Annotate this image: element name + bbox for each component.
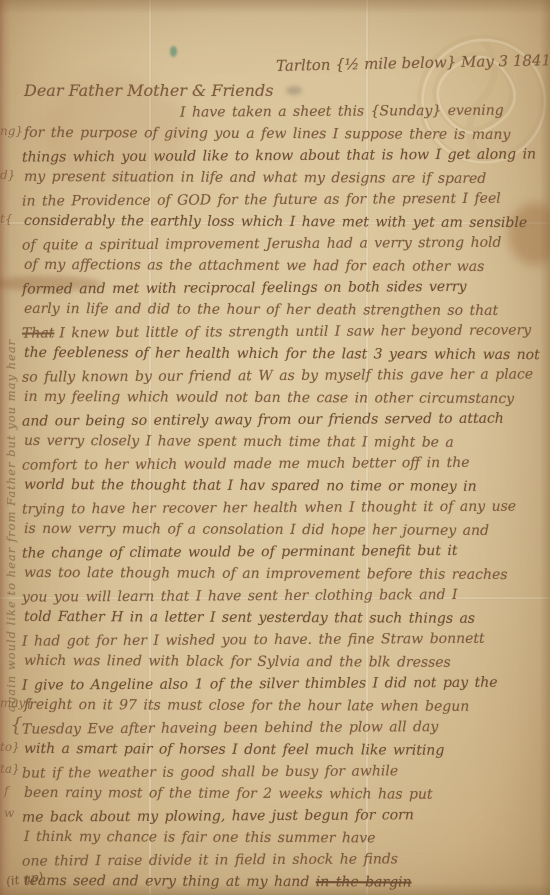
struck-phrase: in the bargin — [316, 874, 412, 890]
letter-line: freight on it 97 its must close for the … — [24, 694, 544, 718]
letter-line: I had got for her I wished you to have. … — [22, 627, 542, 652]
letter-line: things which you would like to know abou… — [22, 143, 542, 168]
letter-line: for the purpose of giving you a few line… — [24, 122, 544, 146]
letter-line: me back about my plowing, have just begu… — [22, 803, 542, 828]
letter-line: the feebleness of her health which for t… — [24, 342, 544, 366]
letter-line: I give to Angeline also 1 of the silver … — [22, 671, 542, 696]
letter-line: is now verry much of a consolation I did… — [24, 518, 544, 542]
letter-body: I have taken a sheet this {Sunday} eveni… — [22, 101, 542, 893]
margin-brace: { — [10, 712, 23, 736]
margin-fragment: w — [4, 806, 14, 820]
struck-word: That — [22, 325, 54, 341]
letter-line: but if the weather is good shall be busy… — [22, 759, 542, 784]
letter-line: us verry closely I have spent much time … — [24, 430, 544, 454]
letter-line: of my affections as the attachment we ha… — [24, 254, 544, 278]
letter-line: with a smart pair of horses I dont feel … — [24, 738, 544, 762]
letter-line: I think my chance is fair one this summe… — [24, 826, 544, 850]
letter-line: teams seed and evry thing at my hand in … — [24, 870, 544, 894]
letter-line: in the Providence of GOD for the future … — [22, 187, 542, 212]
letter-line: which was lined with black for Sylvia an… — [24, 650, 544, 674]
letter-line: told Father H in a letter I sent yesterd… — [24, 606, 544, 630]
letter-line: trying to have her recover her health wh… — [22, 495, 542, 520]
paper: Tarlton {½ mile below} May 3 1841 Dear F… — [0, 0, 550, 895]
letter-line: in my feeling which would not ban the ca… — [24, 386, 544, 410]
vertical-marginalia: again would like to hear from Father but… — [4, 272, 18, 712]
letter-line: ThatI knew but little of its strength un… — [22, 319, 542, 344]
letter-line: formed and met with reciprocal feelings … — [22, 275, 542, 300]
grey-smudge — [286, 86, 302, 95]
margin-fragment: may{ — [0, 696, 33, 710]
salutation: Dear Father Mother & Friends — [24, 81, 273, 100]
letter-line: my present situation in life and what my… — [24, 166, 544, 190]
margin-fragment: to} — [0, 740, 20, 754]
letter-line: world but the thought that I hav spared … — [24, 474, 544, 498]
letter-line: of quite a spiritual improvement Jerusha… — [22, 231, 542, 256]
letter-line: so fully known by our friend at W as by … — [22, 363, 542, 388]
letter-line: been rainy most of the time for 2 weeks … — [24, 782, 544, 806]
margin-fragment: f — [4, 784, 8, 798]
margin-fragment: d} — [0, 168, 15, 182]
letter-line-text: I knew but little of its strength until … — [59, 322, 531, 341]
letter-line: considerably the earthly loss which I ha… — [24, 210, 544, 234]
letter-line: early in life and did to the hour of her… — [24, 298, 544, 322]
letter-line: was too late though much of an improveme… — [24, 562, 544, 586]
letter-line: one third I raise divide it in field in … — [22, 847, 542, 872]
margin-fragment: t{ — [0, 212, 12, 226]
margin-fragment: ta} — [0, 762, 20, 776]
letter-line: the change of climate would be of permin… — [22, 539, 542, 564]
letter-line-text: teams seed and evry thing at my hand — [24, 873, 309, 890]
letter-line: you you will learn that I have sent her … — [22, 583, 542, 608]
letter-line: I have taken a sheet this {Sunday} eveni… — [22, 99, 542, 124]
letter-line: comfort to her which would made me much … — [22, 451, 542, 476]
letter-line: Tuesday Eve after haveing been behind th… — [22, 715, 542, 740]
margin-fragment: ng} — [0, 124, 23, 138]
letter-line: and our being so entirely away from our … — [22, 407, 542, 432]
green-speck — [170, 46, 177, 57]
